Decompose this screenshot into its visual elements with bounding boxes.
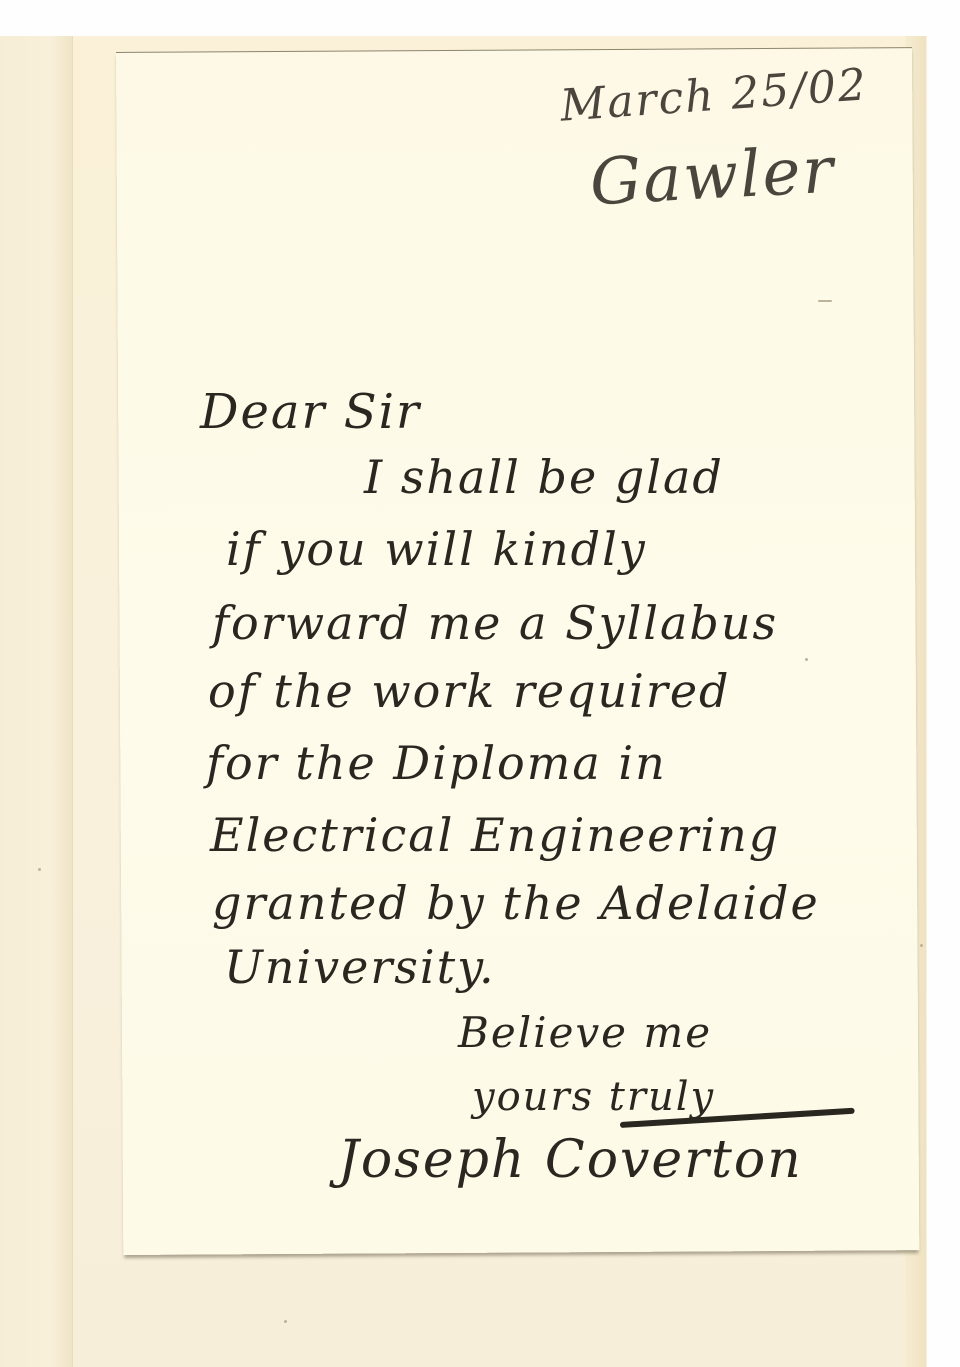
paper-speck	[38, 868, 41, 871]
letter-body-line: for the Diploma in	[206, 736, 667, 790]
letter-salutation: Dear Sir	[200, 384, 421, 440]
letter-body-line: forward me a Syllabus	[212, 596, 778, 650]
paper-speck	[818, 300, 832, 302]
letter-body-line: Electrical Engineering	[210, 808, 780, 862]
letter-signature: Joseph Coverton	[338, 1130, 803, 1190]
album-left-page	[0, 36, 72, 1367]
letter-body-line: granted by the Adelaide	[212, 876, 820, 930]
paper-speck	[284, 1320, 287, 1323]
letter-place: Gawler	[588, 134, 837, 221]
letter-body-line: if you will kindly	[226, 522, 647, 576]
letter-closing: Believe me	[458, 1008, 712, 1057]
letter-body-line: University.	[224, 940, 496, 994]
letter-body-line: of the work required	[208, 664, 731, 718]
letter-closing: yours truly	[472, 1074, 715, 1120]
paper-speck	[805, 658, 808, 661]
letter-body-line: I shall be glad	[364, 450, 724, 504]
paper-speck	[920, 944, 923, 947]
